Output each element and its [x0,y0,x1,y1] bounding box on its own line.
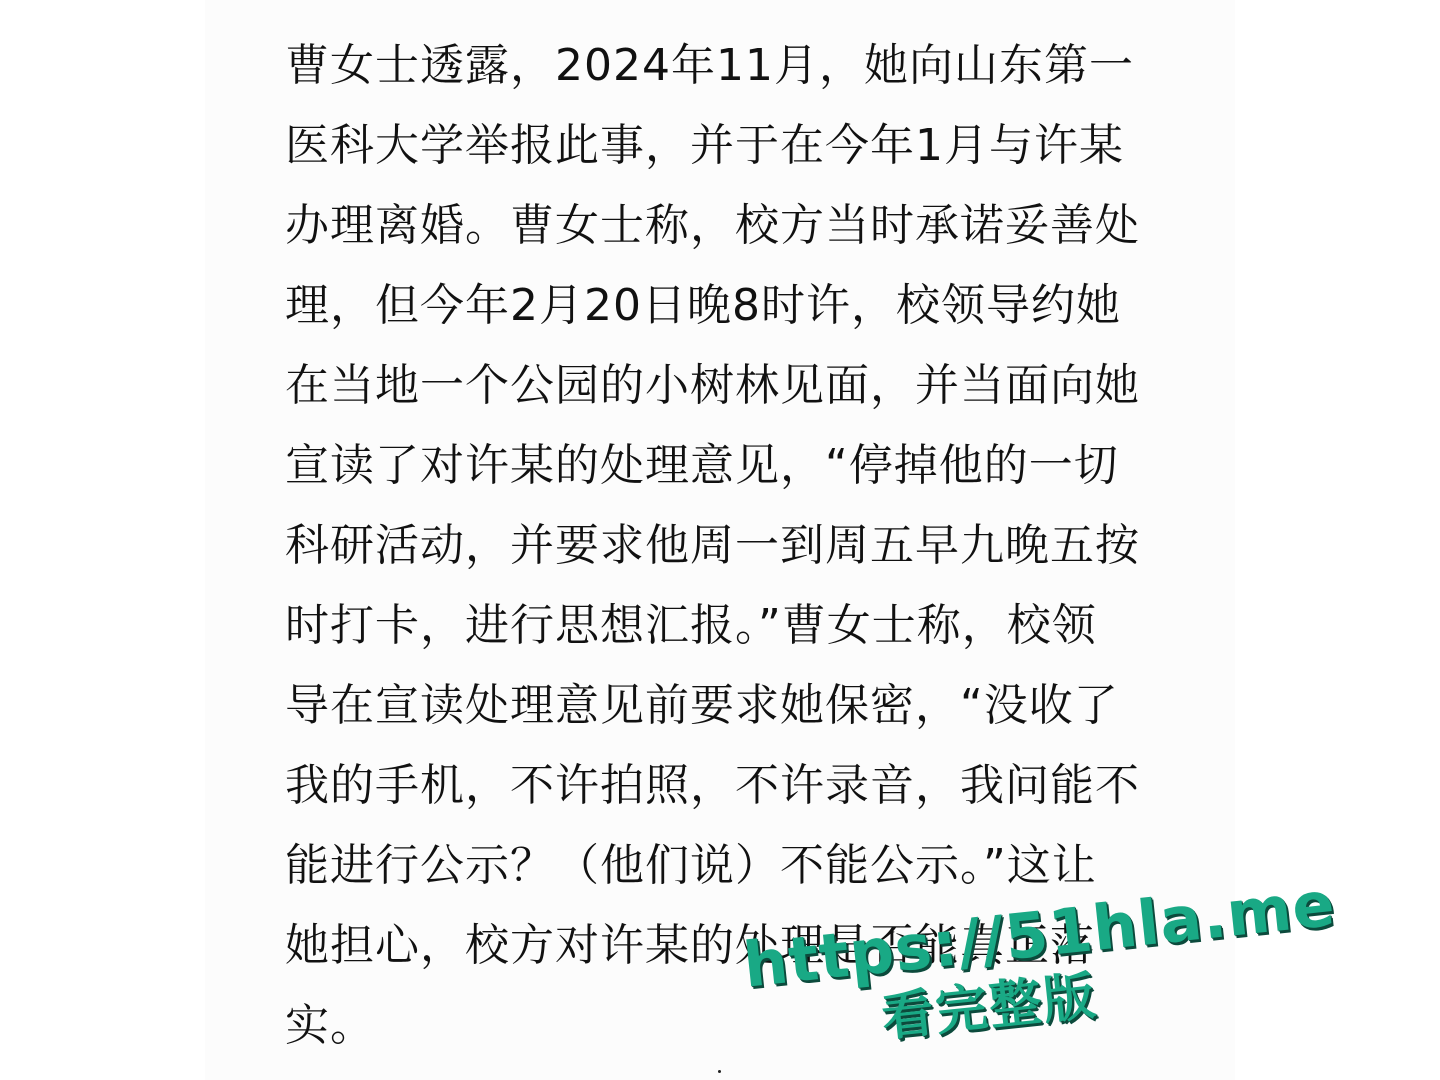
paragraph-line: 医科大学举报此事，并于在今年1月与许某 [285,106,1165,186]
paragraph-line: 曹女士透露，2024年11月，她向山东第一 [285,26,1165,106]
page: 曹女士透露，2024年11月，她向山东第一 医科大学举报此事，并于在今年1月与许… [0,0,1440,1080]
paragraph-line: 时打卡，进行思想汇报。”曹女士称，校领 [285,586,1165,666]
paragraph-line: 我的手机，不许拍照，不许录音，我问能不 [285,746,1165,826]
paragraph-line: 办理离婚。曹女士称，校方当时承诺妥善处 [285,186,1165,266]
paragraph-line: 导在宣读处理意见前要求她保密，“没收了 [285,666,1165,746]
paragraph-line: 理，但今年2月20日晚8时许，校领导约她 [285,266,1165,346]
paragraph-line: 能进行公示？（他们说）不能公示。”这让 [285,826,1165,906]
paragraph-line: 在当地一个公园的小树林见面，并当面向她 [285,346,1165,426]
page-indicator-dot [718,1070,721,1073]
paragraph-line: 宣读了对许某的处理意见，“停掉他的一切 [285,426,1165,506]
paragraph-line: 科研活动，并要求他周一到周五早九晚五按 [285,506,1165,586]
